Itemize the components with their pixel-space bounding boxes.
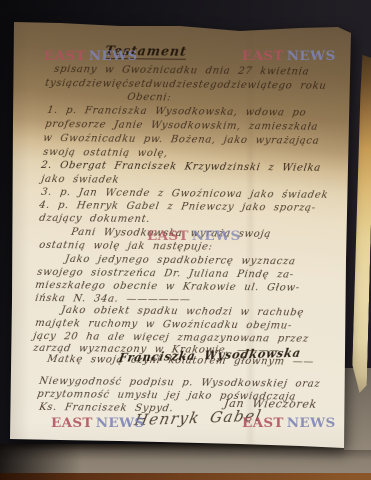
handwritten-line: mieszkałego obecnie w Krakowie ul. Głow- bbox=[34, 280, 300, 295]
watermark-news-text: NEWS bbox=[284, 415, 336, 430]
handwritten-line: jący 20 ha ale więcej zmagazynowana prze… bbox=[32, 331, 309, 346]
eastnews-watermark: EASTNEWS bbox=[242, 49, 336, 62]
document-title: Testament bbox=[104, 45, 188, 60]
signature-right: Jan Wieczorek bbox=[223, 398, 318, 411]
document-paper-wrap: Testament spisany w Gwoźnicadku dnia 27 … bbox=[0, 0, 371, 480]
handwritten-line: 1. p. Franciszka Wysodkowska, wdowa po bbox=[46, 105, 307, 120]
eastnews-watermark: EASTNEWS bbox=[242, 416, 336, 429]
handwritten-line: ińska N. 34a. —————— bbox=[34, 293, 191, 307]
handwritten-line: Obecni: bbox=[126, 92, 172, 104]
handwritten-line: zarząd wyznaczony w Krakowie. ———— bbox=[32, 343, 281, 358]
eastnews-watermark: EASTNEWS bbox=[51, 416, 145, 429]
watermark-east-text: EAST bbox=[147, 228, 189, 243]
handwritten-line: tysiącdziewięćsetdwudziestegodziewiątego… bbox=[44, 78, 327, 93]
handwritten-line: swojego siostrzeńca Dr. Juliana Pindę za… bbox=[36, 267, 294, 282]
eastnews-watermark: EASTNEWS bbox=[44, 49, 138, 62]
eastnews-watermark: EASTNEWS bbox=[147, 229, 241, 242]
watermark-news-text: NEWS bbox=[93, 415, 145, 430]
handwritten-line: ostatnią wolę jak następuje: bbox=[38, 240, 213, 254]
handwritten-line: Pani Wysodkowska wyraża swoją bbox=[70, 227, 272, 241]
watermark-east-text: EAST bbox=[44, 48, 86, 63]
watermark-news-text: NEWS bbox=[284, 48, 336, 63]
watermark-east-text: EAST bbox=[242, 415, 284, 430]
handwritten-line: majątek ruchomy w Gwoźnicadku obejmu- bbox=[34, 318, 293, 333]
handwritten-line: 3. p. Jan Wcende z Gwoźnicowa jako świad… bbox=[40, 187, 329, 202]
attestation-line: Niewygodność podpisu p. Wysodkowskiej or… bbox=[38, 376, 321, 391]
watermark-news-text: NEWS bbox=[86, 48, 138, 63]
handwritten-line: dzający dokument. bbox=[38, 213, 151, 226]
attestation-line: przytomność umysłu jej jako poświadczają bbox=[36, 389, 297, 404]
handwritten-line: spisany w Gwoźnicadku dnia 27 kwietnia bbox=[53, 64, 310, 79]
handwritten-line: swoją ostatnią wolę, bbox=[42, 147, 169, 160]
handwritten-line: Jako jedynego spadkobiercę wyznacza bbox=[64, 254, 296, 268]
handwritten-line: profesorze Janie Wysodkowskim, zamieszka… bbox=[44, 119, 319, 134]
overlay-signature: Franciszka Wysodkowska bbox=[118, 347, 302, 364]
watermark-east-text: EAST bbox=[242, 48, 284, 63]
document-paper: Testament spisany w Gwoźnicadku dnia 27 … bbox=[0, 0, 371, 480]
signature-left: Ks. Franciszek Sypyd. bbox=[38, 402, 174, 415]
signature-center: Henryk Gabel bbox=[133, 410, 263, 427]
handwritten-line: jako świadek bbox=[40, 174, 120, 187]
photo-scene: Testament spisany w Gwoźnicadku dnia 27 … bbox=[0, 0, 371, 480]
watermark-news-text: NEWS bbox=[189, 228, 241, 243]
handwritten-line: 2. Obergat Franciszek Krzywdzinski z Wie… bbox=[40, 160, 321, 175]
handwritten-line: w Gwoźnicadku pw. Bożena, jako wyrażając… bbox=[42, 133, 320, 148]
handwritten-line: Matkę swoją czyni kolatorem głównym —— bbox=[46, 354, 315, 369]
handwritten-line: Jako obiekt spadku wchodzi w rachubę bbox=[60, 305, 305, 320]
handwritten-line: 4. p. Henryk Gabel z Pniewczy jako sporz… bbox=[38, 200, 316, 215]
watermark-east-text: EAST bbox=[51, 415, 93, 430]
